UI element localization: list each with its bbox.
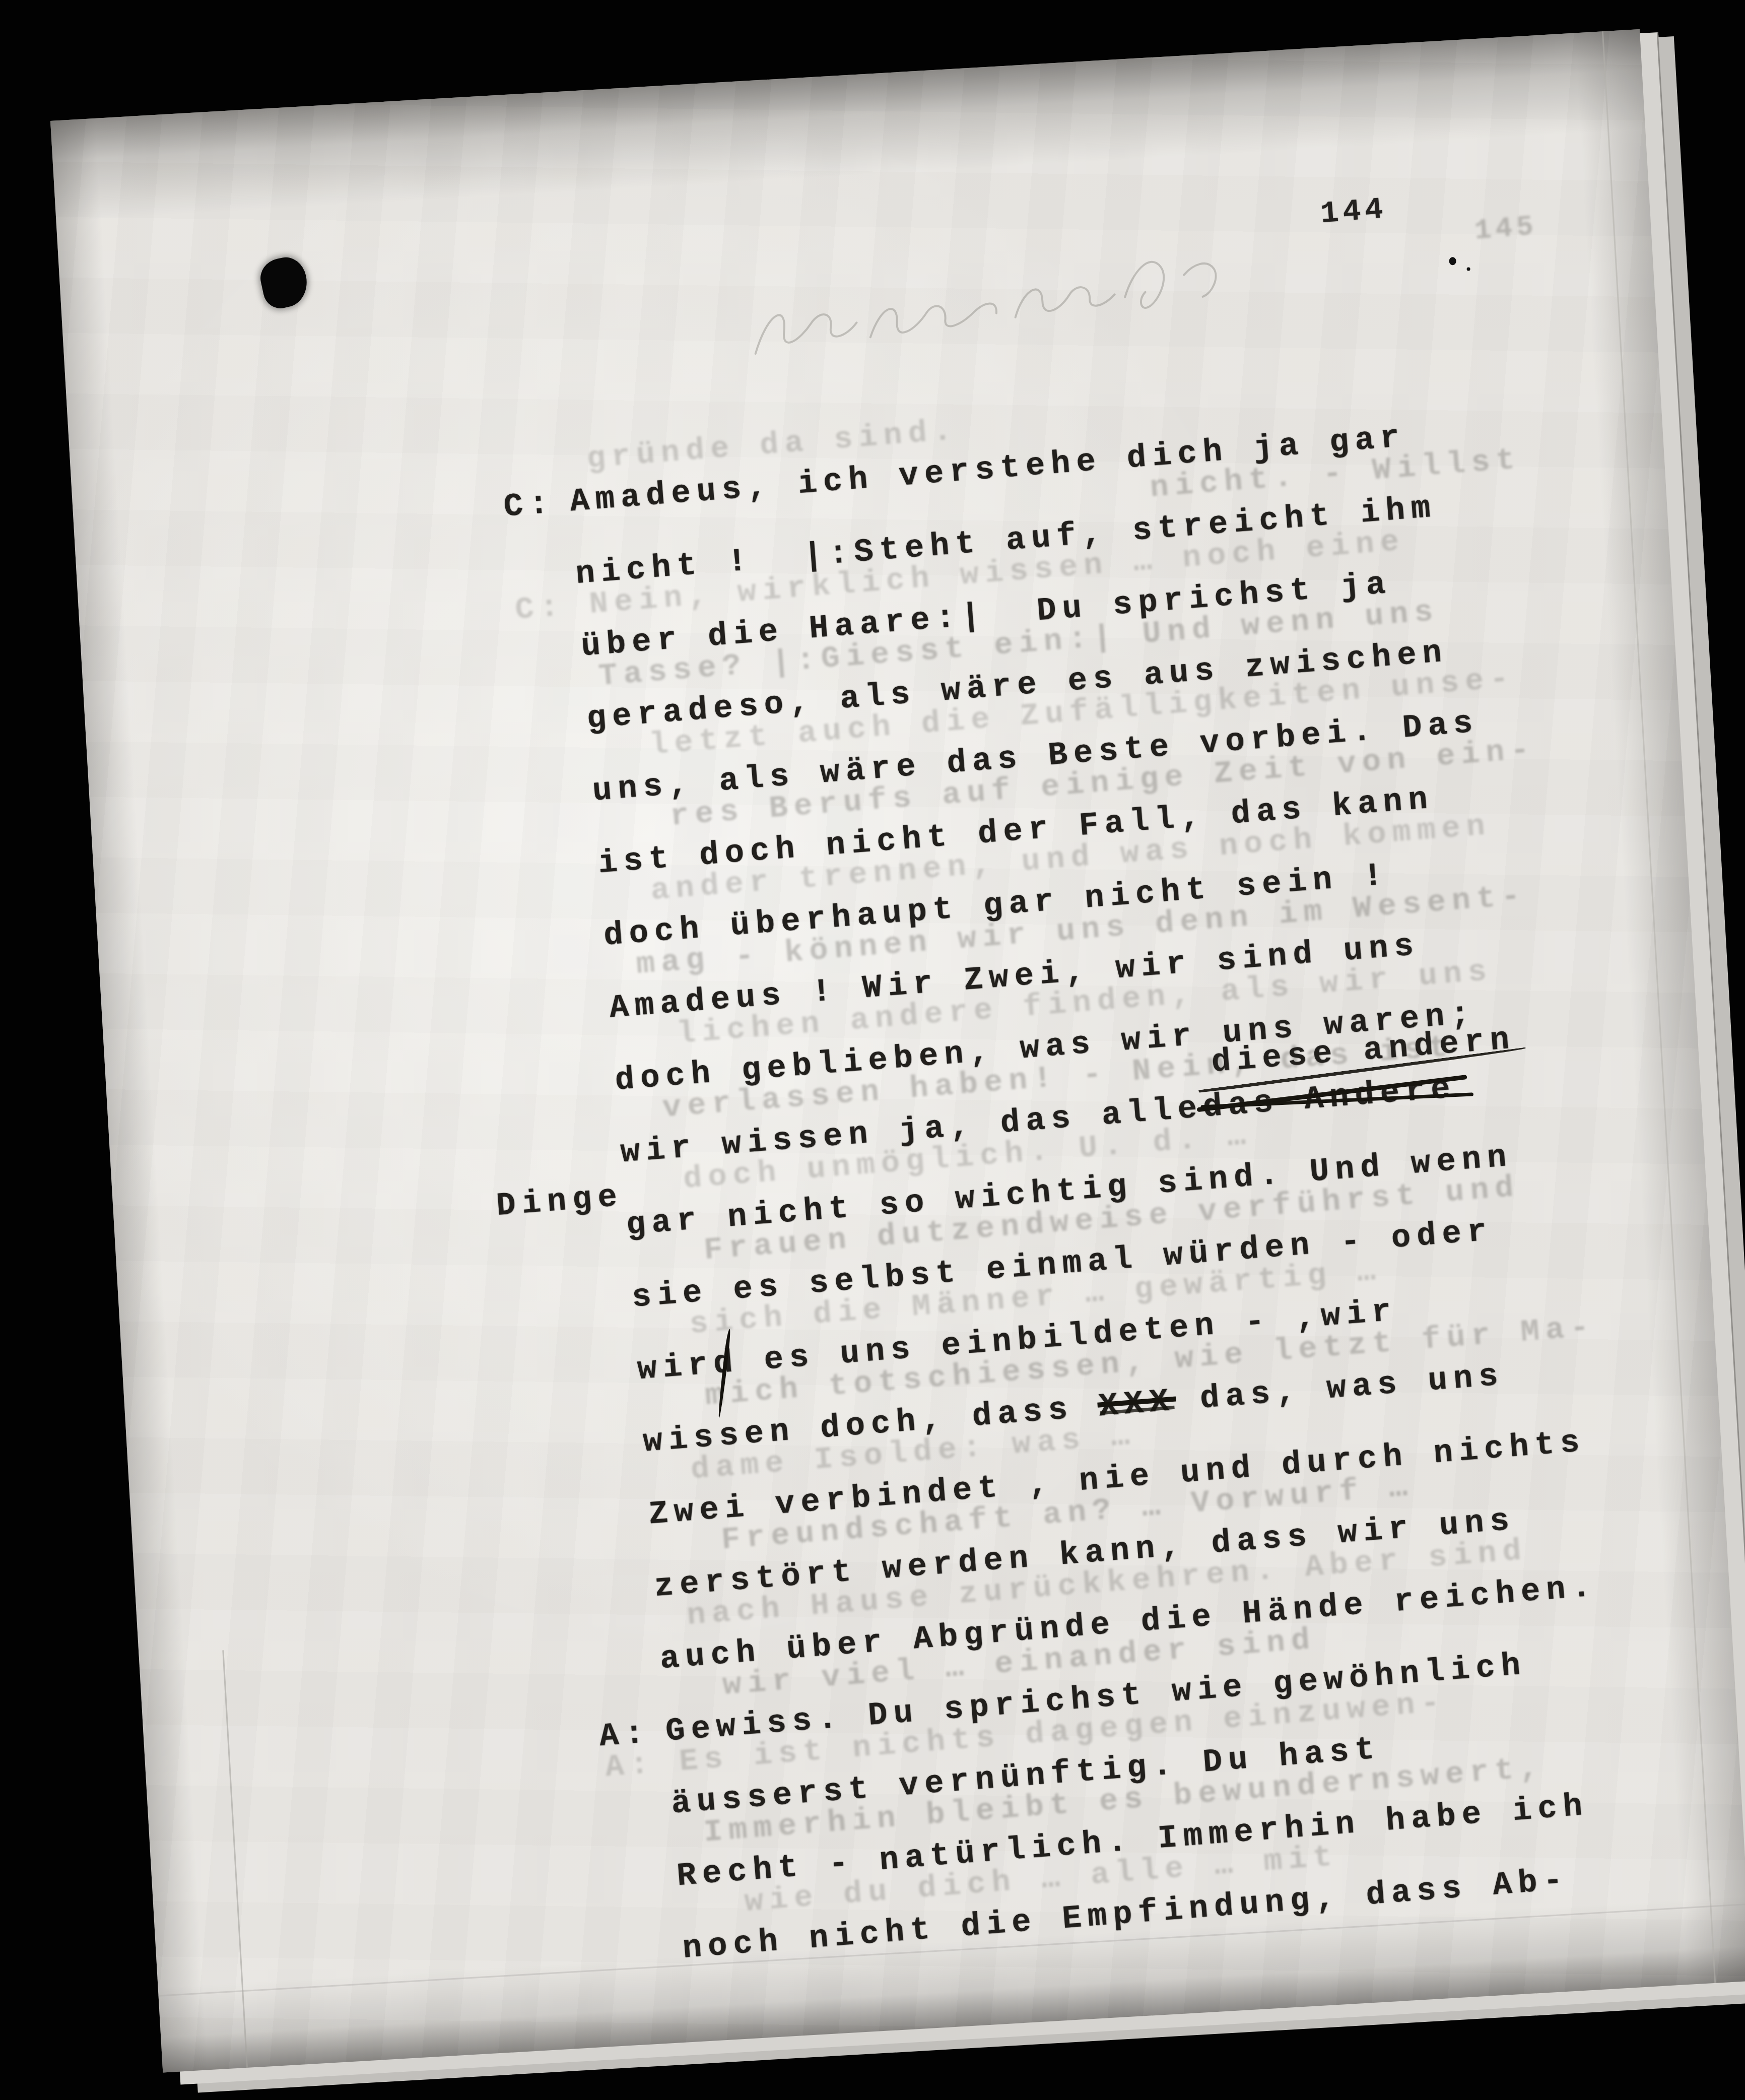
pencil-annotation-illegible — [740, 241, 1240, 384]
typed-overstrike: XXX — [1098, 1386, 1176, 1424]
pen-deleted-letter: d — [712, 1347, 740, 1381]
bleed-through-text-layer: gründe da sind.nicht. - WillstC: Nein, w… — [31, 10, 1618, 133]
ghost-page-number: 145 — [1473, 212, 1538, 245]
photographed-typescript-scene: 144 145 gründe da sind.nicht. - WillstC:… — [0, 0, 1745, 2100]
margin-correction-word: Dinge — [495, 1181, 624, 1223]
page-content: 144 145 gründe da sind.nicht. - WillstC:… — [31, 10, 1745, 2082]
speaker-label: A: — [598, 1718, 651, 1754]
page-number: 144 — [1319, 194, 1388, 230]
typed-dialogue-layer: C:Amadeus, ich verstehe dich ja garnicht… — [31, 10, 1618, 133]
speaker-label: C: — [502, 488, 555, 524]
typescript-page: 144 145 gründe da sind.nicht. - WillstC:… — [50, 29, 1745, 2072]
